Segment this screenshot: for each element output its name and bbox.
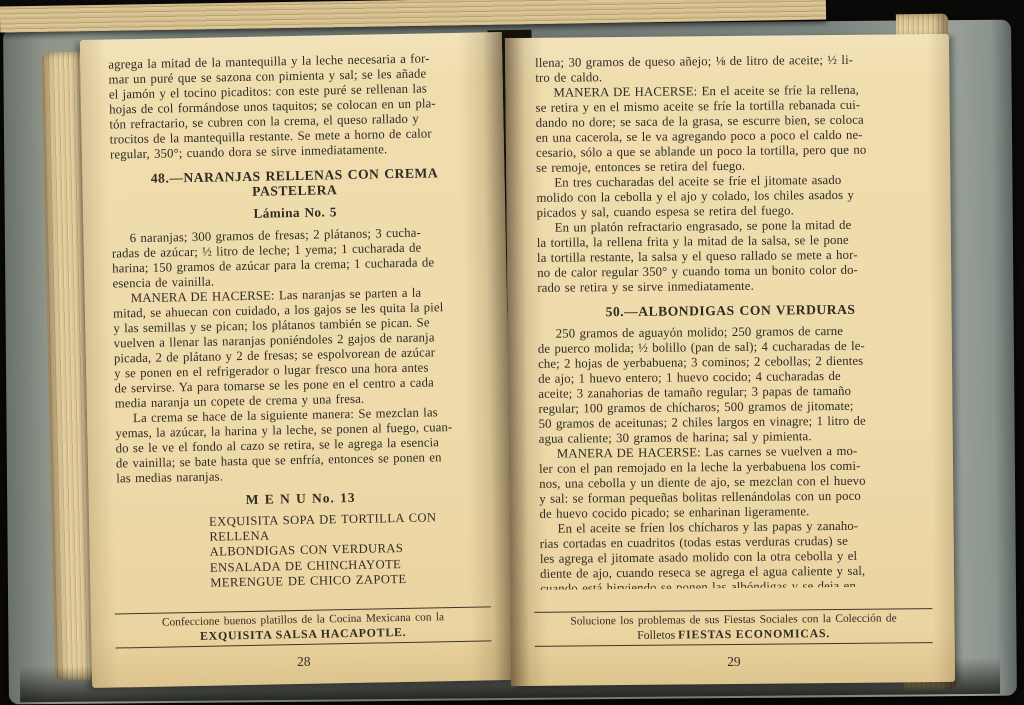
footer-ad-line2-prefix: Folletos bbox=[637, 628, 678, 642]
footer-ad-line2-bold: FIESTAS ECONOMICAS. bbox=[678, 626, 830, 641]
recipe-50-ingredients: 250 gramos de aguayón molido; 250 gramos… bbox=[538, 323, 925, 447]
continuation-paragraph: agrega la mitad de la mantequilla y la l… bbox=[108, 51, 478, 163]
left-page: agrega la mitad de la mantequilla y la l… bbox=[80, 32, 514, 688]
page-number: 29 bbox=[535, 652, 933, 672]
right-page-footer: Solucione los problemas de sus Fiestas S… bbox=[534, 608, 933, 672]
recipe-49-method-1: MANERA DE HACERSE: En el aceite se fríe … bbox=[535, 82, 922, 176]
footer-rule-bottom bbox=[535, 642, 933, 647]
recipe-50-method-1: MANERA DE HACERSE: Las carnes se vuelven… bbox=[539, 443, 926, 522]
menu-13-items: EXQUISITA SOPA DE TORTILLA CON RELLENA A… bbox=[209, 509, 486, 590]
footer-ad-line2-bold: EXQUISITA SALSA HACAPOTLE. bbox=[200, 625, 407, 643]
recipe-49-method-2: En tres cucharadas del aceite se fríe el… bbox=[536, 172, 922, 221]
left-page-footer: Confeccione buenos platillos de la Cocin… bbox=[115, 606, 492, 674]
left-page-text-column: agrega la mitad de la mantequilla y la l… bbox=[108, 51, 486, 592]
recipe-48-ingredients: 6 naranjas; 300 gramos de fresas; 2 plát… bbox=[111, 224, 480, 291]
page-number: 28 bbox=[116, 650, 492, 673]
recipe-48-method-1: MANERA DE HACERSE: Las naranjas se parte… bbox=[113, 284, 483, 411]
open-book-scan: agrega la mitad de la mantequilla y la l… bbox=[0, 0, 1024, 705]
right-page: llena; 30 gramos de queso añejo; ⅛ de li… bbox=[505, 34, 955, 686]
recipe-48-method-2: La crema se hace de la siguiente manera:… bbox=[115, 404, 484, 486]
recipe-48-title: 48.—NARANJAS RELLENAS CON CREMA PASTELER… bbox=[110, 164, 479, 201]
menu-13-title: M E N U No. 13 bbox=[117, 487, 485, 509]
recipe-50-title: 50.—ALBONDIGAS CON VERDURAS bbox=[537, 301, 923, 320]
recipe-49-ingredients-end: llena; 30 gramos de queso añejo; ⅛ de li… bbox=[535, 52, 921, 86]
lamina-label: Lámina No. 5 bbox=[111, 201, 479, 223]
recipe-50-method-2: En el aceite se fríen los chícharos y la… bbox=[540, 518, 927, 590]
recipe-49-method-3: En un platón refractario engrasado, se p… bbox=[537, 217, 924, 296]
right-page-text-column: llena; 30 gramos de queso añejo; ⅛ de li… bbox=[535, 52, 926, 590]
